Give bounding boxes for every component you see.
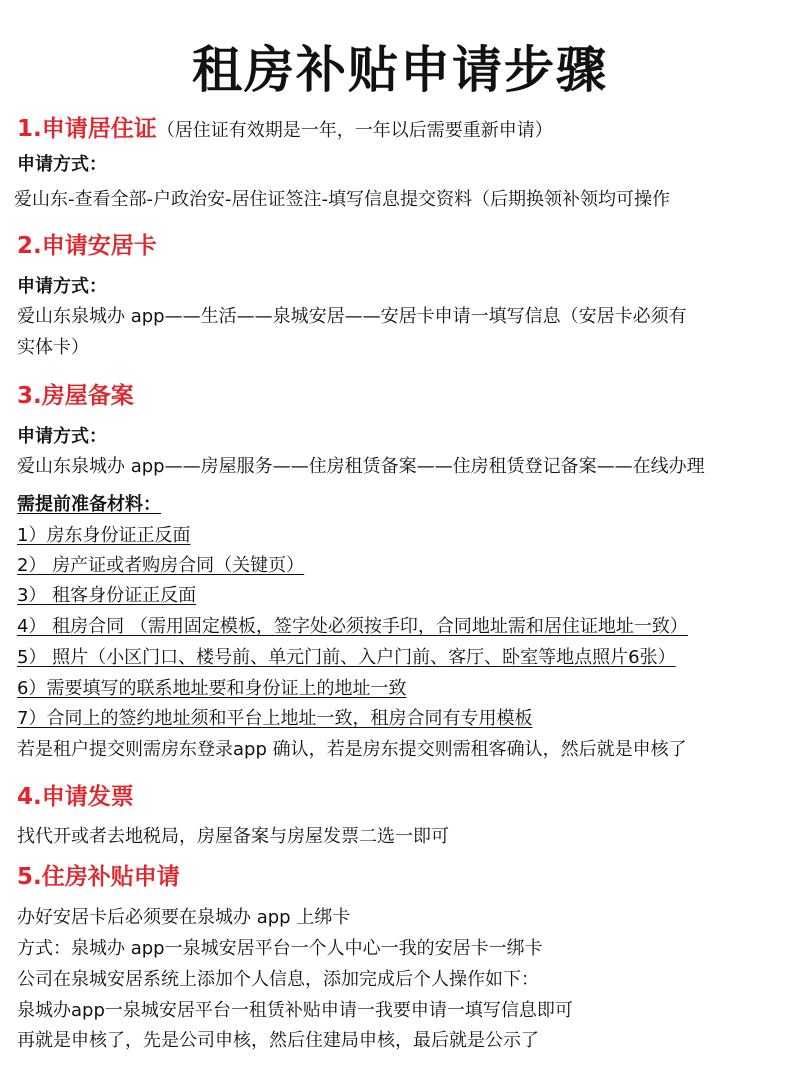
material-item-2: 2） 房产证或者购房合同（关键页） (17, 551, 304, 577)
material-item-3: 3） 租客身份证正反面 (17, 581, 196, 607)
section-5-line-2: 方式：泉城办 app一泉城安居平台一个人中心一我的安居卡一绑卡 (17, 934, 543, 960)
section-3-line-1: 爱山东泉城办 app——房屋服务——住房租赁备案——住房租赁登记备案——在线办理 (17, 452, 705, 478)
section-5-line-3: 公司在泉城安居系统上添加个人信息，添加完成后个人操作如下： (17, 965, 539, 991)
page-title: 租房补贴申请步骤 (0, 30, 800, 102)
section-1-heading: 1.申请居住证（居住证有效期是一年，一年以后需要重新申请） (17, 110, 553, 143)
section-1-heading-text: 1.申请居住证 (17, 116, 157, 142)
section-3-method-label: 申请方式： (17, 422, 107, 448)
section-3-footer: 若是租户提交则需房东登录app 确认，若是房东提交则需租客确认，然后就是申核了 (17, 735, 687, 761)
material-item-4: 4） 租房合同 （需用固定模板，签字处必须按手印，合同地址需和居住证地址一致） (17, 612, 688, 638)
section-2-line-1: 爱山东泉城办 app——生活——泉城安居——安居卡申请一填写信息（安居卡必须有 (17, 302, 687, 328)
section-5-line-1: 办好安居卡后必须要在泉城办 app 上绑卡 (17, 903, 350, 929)
section-2-line-2: 实体卡） (17, 333, 89, 359)
section-2-heading: 2.申请安居卡 (17, 227, 157, 260)
materials-label: 需提前准备材料： (17, 490, 161, 516)
section-4-line-1: 找代开或者去地税局，房屋备案与房屋发票二选一即可 (17, 822, 449, 848)
material-item-7: 7）合同上的签约地址须和平台上地址一致，租房合同有专用模板 (17, 704, 532, 730)
section-5-heading: 5.住房补贴申请 (17, 858, 180, 891)
section-1-note: （居住证有效期是一年，一年以后需要重新申请） (157, 120, 553, 141)
section-2-method-label: 申请方式： (17, 272, 107, 298)
section-5-line-4: 泉城办app一泉城安居平台一租赁补贴申请一我要申请一填写信息即可 (17, 996, 573, 1022)
material-item-1: 1）房东身份证正反面 (17, 521, 190, 547)
material-item-5: 5） 照片（小区门口、楼号前、单元门前、入户门前、客厅、卧室等地点照片6张） (17, 643, 676, 669)
section-1-method-label: 申请方式： (17, 150, 107, 176)
material-item-6: 6）需要填写的联系地址要和身份证上的地址一致 (17, 674, 406, 700)
section-1-line-1: 爱山东-查看全部-户政治安-居住证签注-填写信息提交资料（后期换领补领均可操作 (14, 185, 670, 211)
section-4-heading: 4.申请发票 (17, 778, 134, 811)
section-5-line-5: 再就是申核了，先是公司申核，然后住建局申核，最后就是公示了 (17, 1026, 539, 1052)
section-3-heading: 3.房屋备案 (17, 377, 134, 410)
